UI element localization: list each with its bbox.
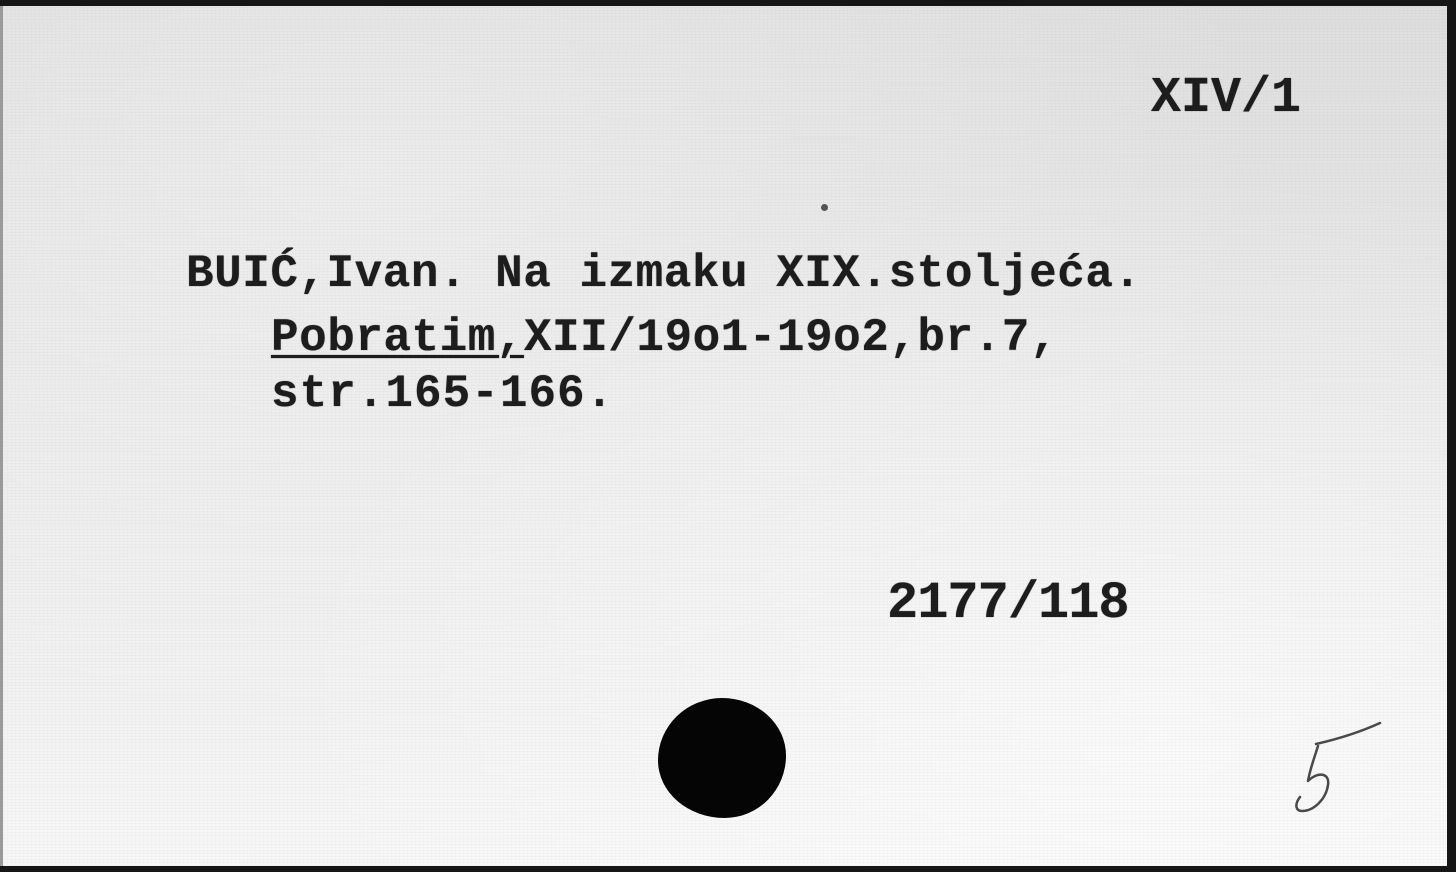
- ink-speck: [821, 204, 828, 211]
- bibliographic-entry-line-2: Pobratim,XII/19o1-19o2,br.7,: [271, 312, 1058, 364]
- call-number: 2177/118: [887, 574, 1129, 633]
- scanned-catalog-card-image: XIV/1 BUIĆ,Ivan. Na izmaku XIX.stoljeća.…: [0, 0, 1456, 872]
- punch-hole-icon: [658, 698, 786, 818]
- catalog-card: XIV/1 BUIĆ,Ivan. Na izmaku XIX.stoljeća.…: [0, 6, 1447, 866]
- shelfmark: XIV/1: [1151, 70, 1301, 127]
- handwritten-number-5-annotation: [1288, 711, 1398, 821]
- bibliographic-entry-line-1: BUIĆ,Ivan. Na izmaku XIX.stoljeća.: [186, 248, 1142, 300]
- periodical-title: Pobratim,: [271, 312, 524, 364]
- periodical-details: XII/19o1-19o2,br.7,: [524, 312, 1058, 364]
- page-range: str.165-166.: [271, 368, 614, 420]
